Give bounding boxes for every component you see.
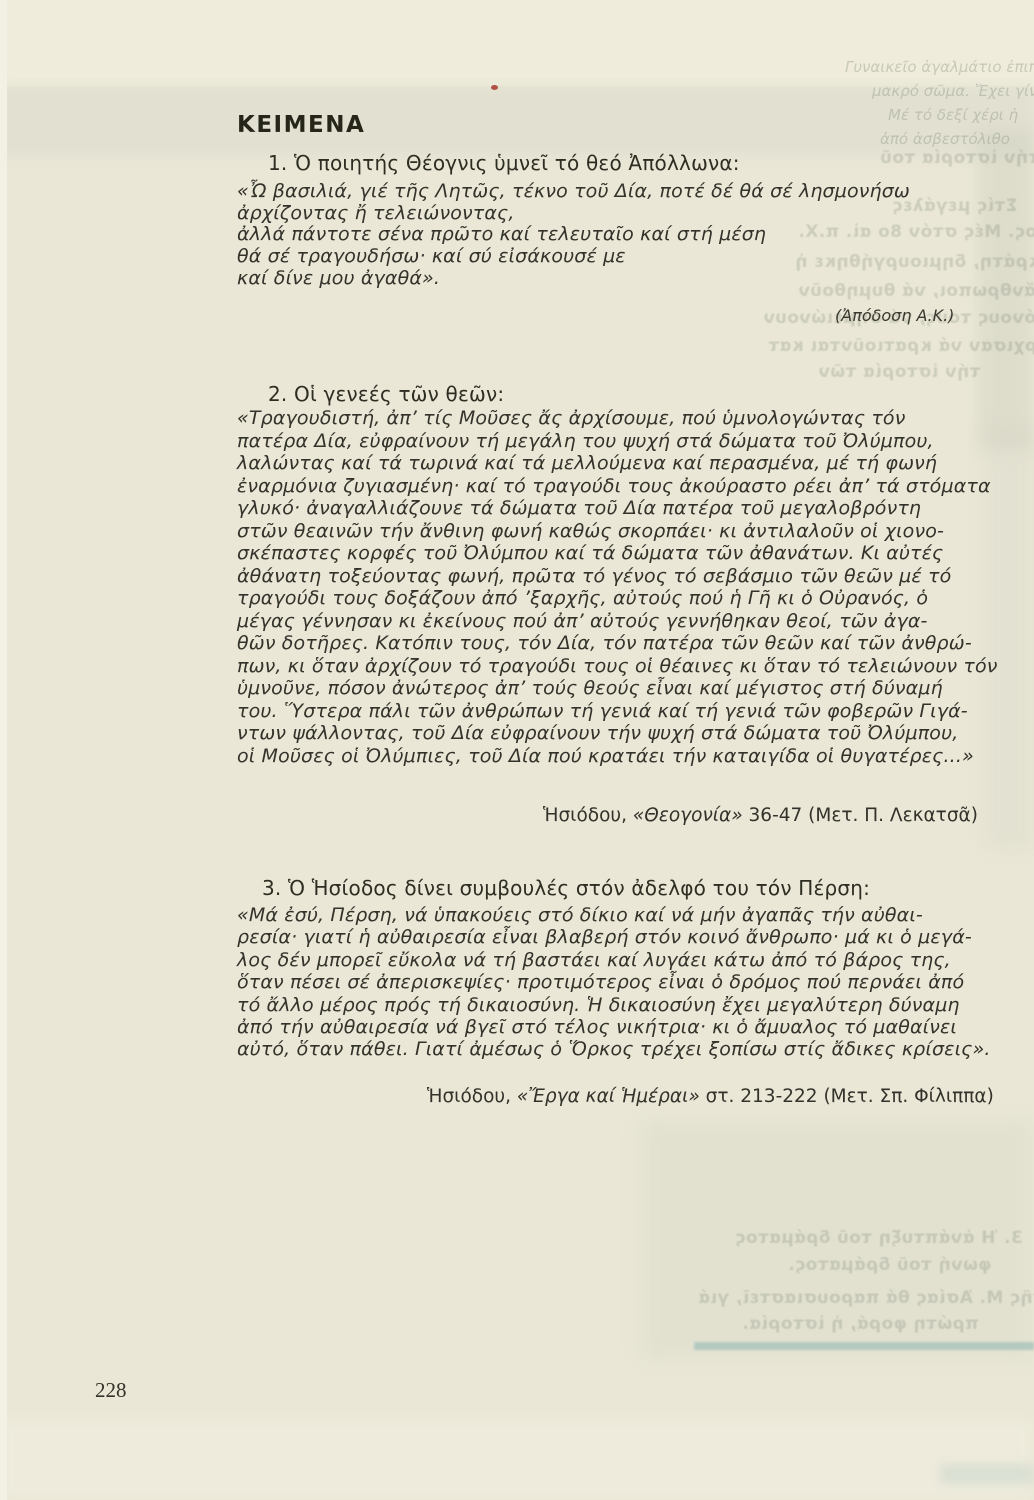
quote-line: ὅταν πέσει σέ ἀπερισκεψίες· προτιμότερος… [237, 971, 991, 993]
bleedthrough-mirrored-fragment: Στήν ἱστορία τοῦ [880, 148, 1034, 168]
section-2-title: 2. Οἱ γενεές τῶν θεῶν: [268, 382, 504, 406]
section-2-citation: Ἡσιόδου, «Θεογονία» 36-47 (Μετ. Π. Λεκατ… [543, 805, 978, 826]
quote-line: ντων ψάλλοντας, τοῦ Δία εὐφραίνουν τήν ψ… [237, 722, 998, 745]
section-2-quote: «Τραγουδιστή, ἀπ’ τίς Μοῦσες ἄς ἀρχίσουμ… [237, 407, 998, 767]
quote-line: αὐτό, ὅταν πάθει. Γιατί ἀμέσως ὁ Ὅρκος τ… [237, 1038, 991, 1060]
page-number: 228 [95, 1378, 127, 1403]
section-3-title: 3. Ὁ Ἡσίοδος δίνει συμβουλές στόν ἀδελφό… [262, 876, 870, 900]
quote-line: «Μά ἐσύ, Πέρση, νά ὑπακούεις στό δίκιο κ… [237, 904, 991, 926]
quote-line: ἀλλά πάντοτε σένα πρῶτο καί τελευταῖο κα… [237, 224, 910, 246]
facing-page-fragment: Γυναικεῖο ἀγαλμάτιο ἐπιπεδικό, μέ [845, 58, 1034, 76]
quote-line: πων, κι ὅταν ἀρχίζουν τό τραγούδι τους ο… [237, 655, 998, 678]
bleedthrough-mirrored-fragment: 3. Ἡ ἀνάπτυξη τοῦ δράματος [735, 1228, 1023, 1248]
quote-line: λαλώντας καί τά τωρινά καί τά μελλούμενα… [237, 452, 998, 475]
facing-page-fragment: μακρό σῶμα. Ἔχει γίνει [872, 82, 1034, 100]
citation-detail: στ. 213-222 (Μετ. Σπ. Φίλιππα) [700, 1086, 994, 1107]
bleedthrough-teal-smudge [940, 1464, 1034, 1484]
quote-line: «Ὦ βασιλιά, γιέ τῆς Λητῶς, τέκνο τοῦ Δία… [237, 181, 910, 203]
section-3-citation: Ἡσιόδου, «Ἔργα καί Ἡμέραι» στ. 213-222 (… [427, 1086, 994, 1107]
bleedthrough-mirrored-fragment: Στίς μεγάλες [892, 196, 1017, 216]
facing-page-fragment: ἀπό ἀσβεστόλιθο [880, 130, 1010, 148]
quote-line: καί δίνε μου ἀγαθά». [237, 268, 910, 290]
scanned-book-page: { "page": { "heading": "ΚΕΙΜΕΝΑ", "numbe… [0, 0, 1034, 1500]
quote-line: ὑμνοῦνε, πόσον ἀνώτερος ἀπ’ τούς θεούς ε… [237, 677, 998, 700]
bleedthrough-mirrored-fragment: 4. Στίς Ἰωνικές πόλεις τῆς Μ. Ἀσίας θά π… [698, 1288, 1034, 1308]
section-1-quote: «Ὦ βασιλιά, γιέ τῆς Λητῶς, τέκνο τοῦ Δία… [237, 181, 910, 290]
citation-work-title: «Ἔργα καί Ἡμέραι» [517, 1086, 700, 1107]
scan-page-edge [0, 0, 7, 1500]
quote-line: του. Ὕστερα πάλι τῶν ἀνθρώπων τή γενιά κ… [237, 700, 998, 723]
facing-page-fragment: Μέ τό δεξί χέρι ἡ [888, 106, 1018, 124]
quote-line: λος δέν μπορεῖ εὔκολα νά τή βαστάει καί … [237, 949, 991, 971]
quote-line: ἀθάνατη τοξεύοντας φωνή, πρῶτα τό γένος … [237, 565, 998, 588]
citation-author: Ἡσιόδου, [543, 805, 633, 826]
citation-work-title: «Θεογονία» [633, 805, 743, 826]
citation-detail: 36-47 (Μετ. Π. Λεκατσᾶ) [743, 805, 978, 826]
quote-line: μέγας γέννησαν κι ἐκείνους πού ἀπ’ αὐτού… [237, 610, 998, 633]
section-1-title: 1. Ὁ ποιητής Θέογνις ὑμνεῖ τό θεό Ἀπόλλω… [268, 151, 740, 175]
quote-line: «Τραγουδιστή, ἀπ’ τίς Μοῦσες ἄς ἀρχίσουμ… [237, 407, 998, 430]
quote-line: ἀπό τήν αὐθαιρεσία νά βγεῖ στό τέλος νικ… [237, 1016, 991, 1038]
quote-line: πατέρα Δία, εὐφραίνουν τή μεγάλη του ψυχ… [237, 430, 998, 453]
quote-line: σκέπαστες κορφές τοῦ Ὀλύμπου καί τά δώμα… [237, 542, 998, 565]
quote-line: στῶν θεαινῶν τήν ἄνθινη φωνή καθώς σκορπ… [237, 520, 998, 543]
quote-line: θῶν δοτῆρες. Κατόπιν τους, τόν Δία, τόν … [237, 632, 998, 655]
scan-speck [491, 85, 498, 90]
quote-line: ἐναρμόνια ζυγιασμένη· καί τό τραγούδι το… [237, 475, 998, 498]
quote-line: γλυκό· ἀναγαλλιάζουνε τά δώματα τοῦ Δία … [237, 497, 998, 520]
bleedthrough-mirrored-fragment: Ἄρχισαν νά κρατιοῦνται κατ [768, 336, 1034, 356]
section-1-attribution: (Ἀπόδοση Α.Κ.) [835, 306, 954, 325]
bleedthrough-mirrored-fragment: πρώτη φορά, ἡ ἱστορία. [742, 1314, 979, 1334]
quote-line: οἱ Μοῦσες οἱ Ὀλύμπιες, τοῦ Δία πού κρατά… [237, 745, 998, 768]
quote-line: ρεσία· γιατί ἡ αὐθαιρεσία εἶναι βλαβερή … [237, 926, 991, 948]
bleedthrough-mirrored-fragment: φωνή τοῦ δράματος. [788, 1255, 992, 1275]
quote-line: τό ἄλλο μέρος πρός τή δικαιοσύνη. Ἡ δικα… [237, 994, 991, 1016]
quote-line: θά σέ τραγουδήσω· καί σύ εἰσάκουσέ με [237, 246, 910, 268]
section-3-quote: «Μά ἐσύ, Πέρση, νά ὑπακούεις στό δίκιο κ… [237, 904, 991, 1061]
page-heading: ΚΕΙΜΕΝΑ [237, 112, 365, 138]
quote-line: τραγούδι τους δοξάζουν ἀπό ’ξαρχῆς, αὐτο… [237, 587, 998, 610]
bleedthrough-mirrored-fragment: τήν ἱστορία τῶν [818, 362, 980, 382]
scan-light-band-bottom [0, 1420, 1034, 1500]
quote-line: ἀρχίζοντας ἤ τελειώνοντας, [237, 203, 910, 225]
citation-author: Ἡσιόδου, [427, 1086, 517, 1107]
bleedthrough-teal-bar [694, 1342, 1034, 1350]
